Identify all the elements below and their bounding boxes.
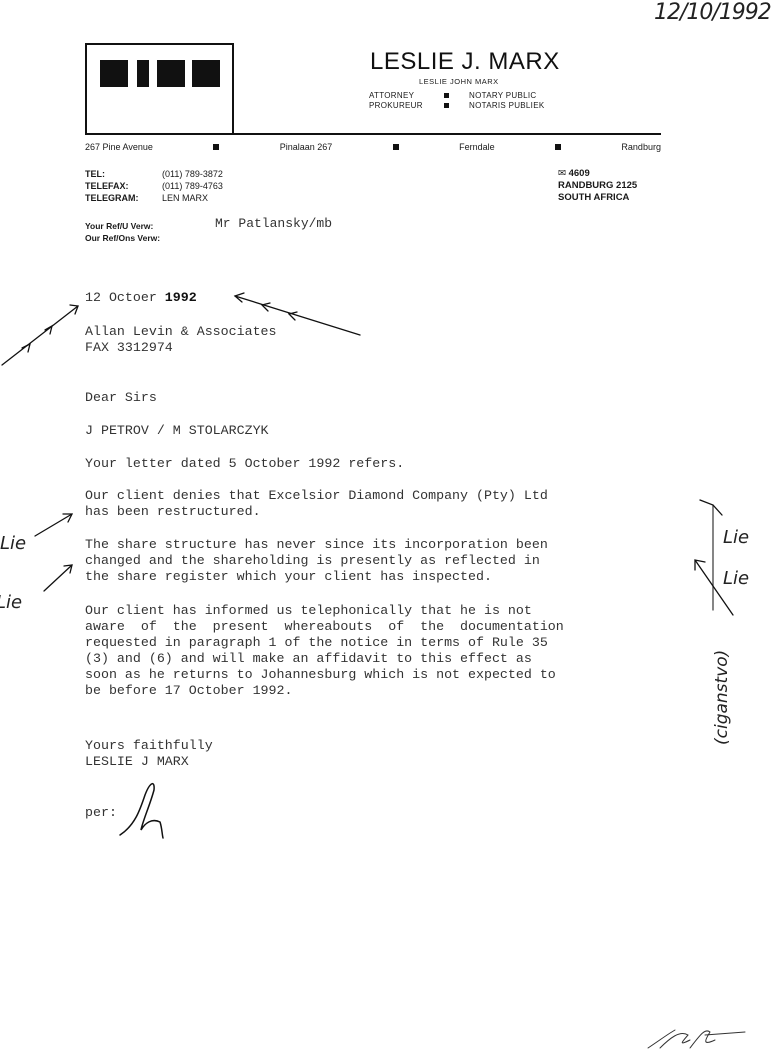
- annotation-vertical-note: (ciganstvo): [712, 650, 732, 745]
- handwritten-arrows: [0, 0, 784, 1050]
- street-address: 267 Pine Avenue Pinalaan 267 Ferndale Ra…: [85, 142, 661, 152]
- annotation-lie: Lie: [723, 527, 749, 548]
- arrow-icon: [35, 514, 72, 536]
- contact-value: (011) 789-3872: [162, 169, 223, 179]
- firm-name: LESLIE J. MARX: [370, 48, 560, 76]
- subject-line: J PETROV / M STOLARCZYK: [85, 423, 269, 439]
- signature-icon: [120, 784, 163, 838]
- annotation-lie: Lie: [0, 592, 22, 613]
- bullet-square-icon: [213, 144, 219, 150]
- paragraph: Our client denies that Excelsior Diamond…: [85, 488, 548, 520]
- contact-label: TELEFAX:: [85, 180, 162, 192]
- per-label: per:: [85, 805, 117, 821]
- paragraph: The share structure has never since its …: [85, 537, 548, 585]
- logo-block: [137, 60, 149, 87]
- address-part: Pinalaan 267: [280, 142, 333, 152]
- address-part: 267 Pine Avenue: [85, 142, 153, 152]
- your-ref-value: Mr Patlansky/mb: [215, 216, 332, 231]
- arrow-icon: [44, 565, 72, 591]
- our-ref-label: Our Ref/Ons Verw:: [85, 232, 160, 244]
- firm-logo: [85, 43, 234, 133]
- contact-details: TEL:(011) 789-3872 TELEFAX:(011) 789-476…: [85, 168, 223, 204]
- letterhead-divider: [85, 133, 661, 135]
- paragraph: Our client has informed us telephonicall…: [85, 603, 564, 699]
- letter-date: 12 Octoer 1992: [85, 290, 197, 306]
- arrow-icon: [2, 306, 78, 365]
- firm-roles: ATTORNEYNOTARY PUBLIC PROKUREURNOTARIS P…: [369, 91, 544, 111]
- role-af: NOTARIS PUBLIEK: [469, 101, 544, 110]
- address-part: Randburg: [621, 142, 661, 152]
- date-year: 1992: [165, 290, 197, 305]
- contact-label: TELEGRAM:: [85, 192, 162, 204]
- closing: Yours faithfully: [85, 738, 213, 754]
- logo-block: [192, 60, 220, 87]
- salutation: Dear Sirs: [85, 390, 157, 406]
- contact-value: LEN MARX: [162, 193, 208, 203]
- bullet-square-icon: [393, 144, 399, 150]
- firm-full-name: LESLIE JOHN MARX: [419, 77, 499, 86]
- po-box: ✉ 4609: [558, 168, 637, 180]
- bullet-square-icon: [555, 144, 561, 150]
- address-part: Ferndale: [459, 142, 495, 152]
- postal-country: SOUTH AFRICA: [558, 192, 637, 204]
- role-af: NOTARY PUBLIC: [469, 91, 536, 100]
- your-ref-label: Your Ref/U Verw:: [85, 220, 160, 232]
- recipient-name: Allan Levin & Associates: [85, 324, 277, 340]
- recipient-fax: FAX 3312974: [85, 340, 173, 356]
- postal-address: ✉ 4609 RANDBURG 2125 SOUTH AFRICA: [558, 168, 637, 204]
- initials-icon: [648, 1030, 745, 1048]
- contact-value: (011) 789-4763: [162, 181, 223, 191]
- reference-labels: Your Ref/U Verw: Our Ref/Ons Verw:: [85, 220, 160, 244]
- date-text: 12 Octoer: [85, 290, 165, 305]
- role-en: PROKUREUR: [369, 101, 444, 111]
- handwritten-date: 12/10/1992: [654, 0, 771, 25]
- paragraph: Your letter dated 5 October 1992 refers.: [85, 456, 404, 472]
- signatory: LESLIE J MARX: [85, 754, 189, 770]
- annotation-lie: Lie: [0, 533, 26, 554]
- annotation-lie: Lie: [723, 568, 749, 589]
- logo-block: [100, 60, 128, 87]
- postal-city: RANDBURG 2125: [558, 180, 637, 192]
- role-en: ATTORNEY: [369, 91, 444, 101]
- bullet-square-icon: [444, 103, 449, 108]
- bullet-square-icon: [444, 93, 449, 98]
- contact-label: TEL:: [85, 168, 162, 180]
- logo-block: [157, 60, 185, 87]
